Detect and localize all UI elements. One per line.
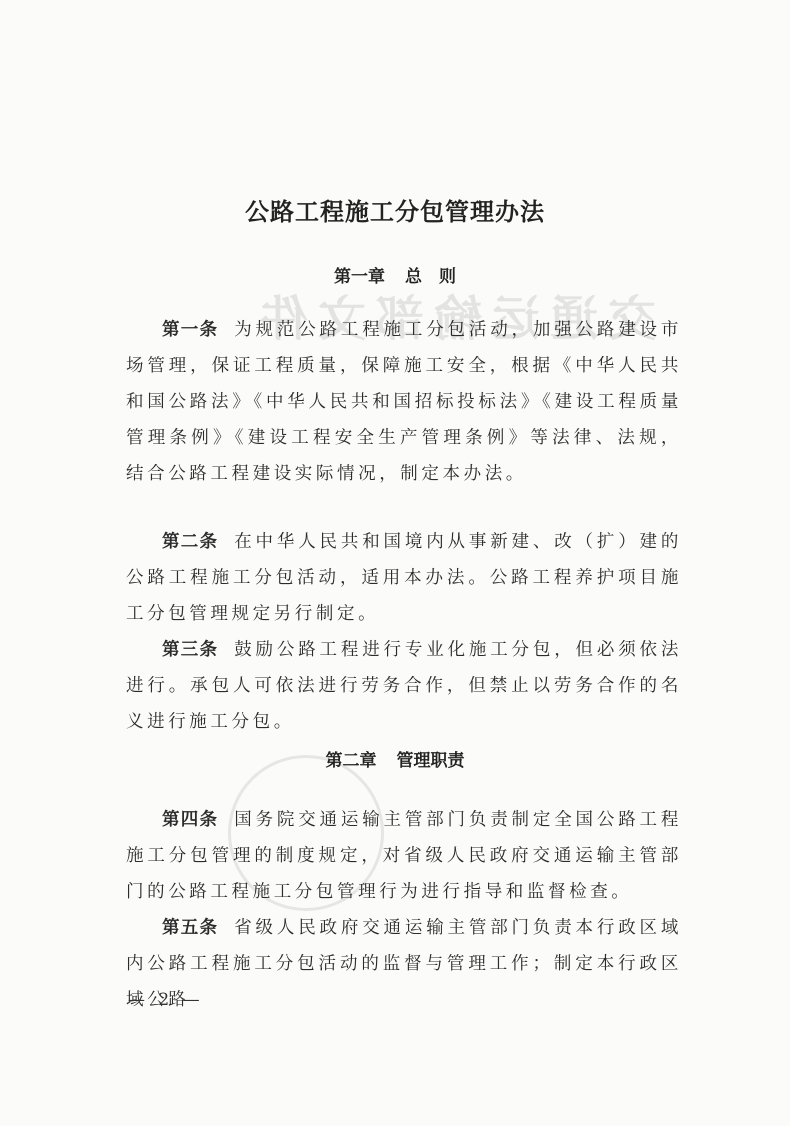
chapter-label: 第一章 (334, 267, 385, 287)
article-label: 第一条 (162, 320, 218, 340)
chapter-heading-2: 第二章管理职责 (0, 746, 790, 771)
chapter-label: 第二章 (326, 751, 377, 771)
article-5: 第五条省级人民政府交通运输主管部门负责本行政区域内公路工程施工分包活动的监督与管… (126, 910, 682, 1018)
chapter-name: 管理职责 (397, 751, 465, 771)
article-4: 第四条国务院交通运输主管部门负责制定全国公路工程施工分包管理的制度规定，对省级人… (126, 802, 682, 910)
document-page: 交通运输部文件 公路工程施工分包管理办法 第一章总 则 第一条为规范公路工程施工… (0, 0, 790, 1126)
chapter-name: 总 则 (405, 267, 456, 287)
article-text: 为规范公路工程施工分包活动，加强公路建设市场管理，保证工程质量，保障施工安全，根… (126, 320, 682, 484)
article-3: 第三条鼓励公路工程进行专业化施工分包，但必须依法进行。承包人可依法进行劳务合作，… (126, 632, 682, 740)
article-label: 第二条 (162, 532, 218, 552)
article-label: 第三条 (162, 640, 218, 660)
article-2: 第二条在中华人民共和国境内从事新建、改（扩）建的公路工程施工分包活动，适用本办法… (126, 524, 682, 632)
page-number: — 2 — (128, 990, 204, 1010)
article-label: 第四条 (162, 810, 218, 830)
chapter-heading-1: 第一章总 则 (0, 262, 790, 287)
article-1: 第一条为规范公路工程施工分包活动，加强公路建设市场管理，保证工程质量，保障施工安… (126, 312, 682, 492)
document-title: 公路工程施工分包管理办法 (0, 192, 790, 227)
article-label: 第五条 (162, 918, 218, 938)
